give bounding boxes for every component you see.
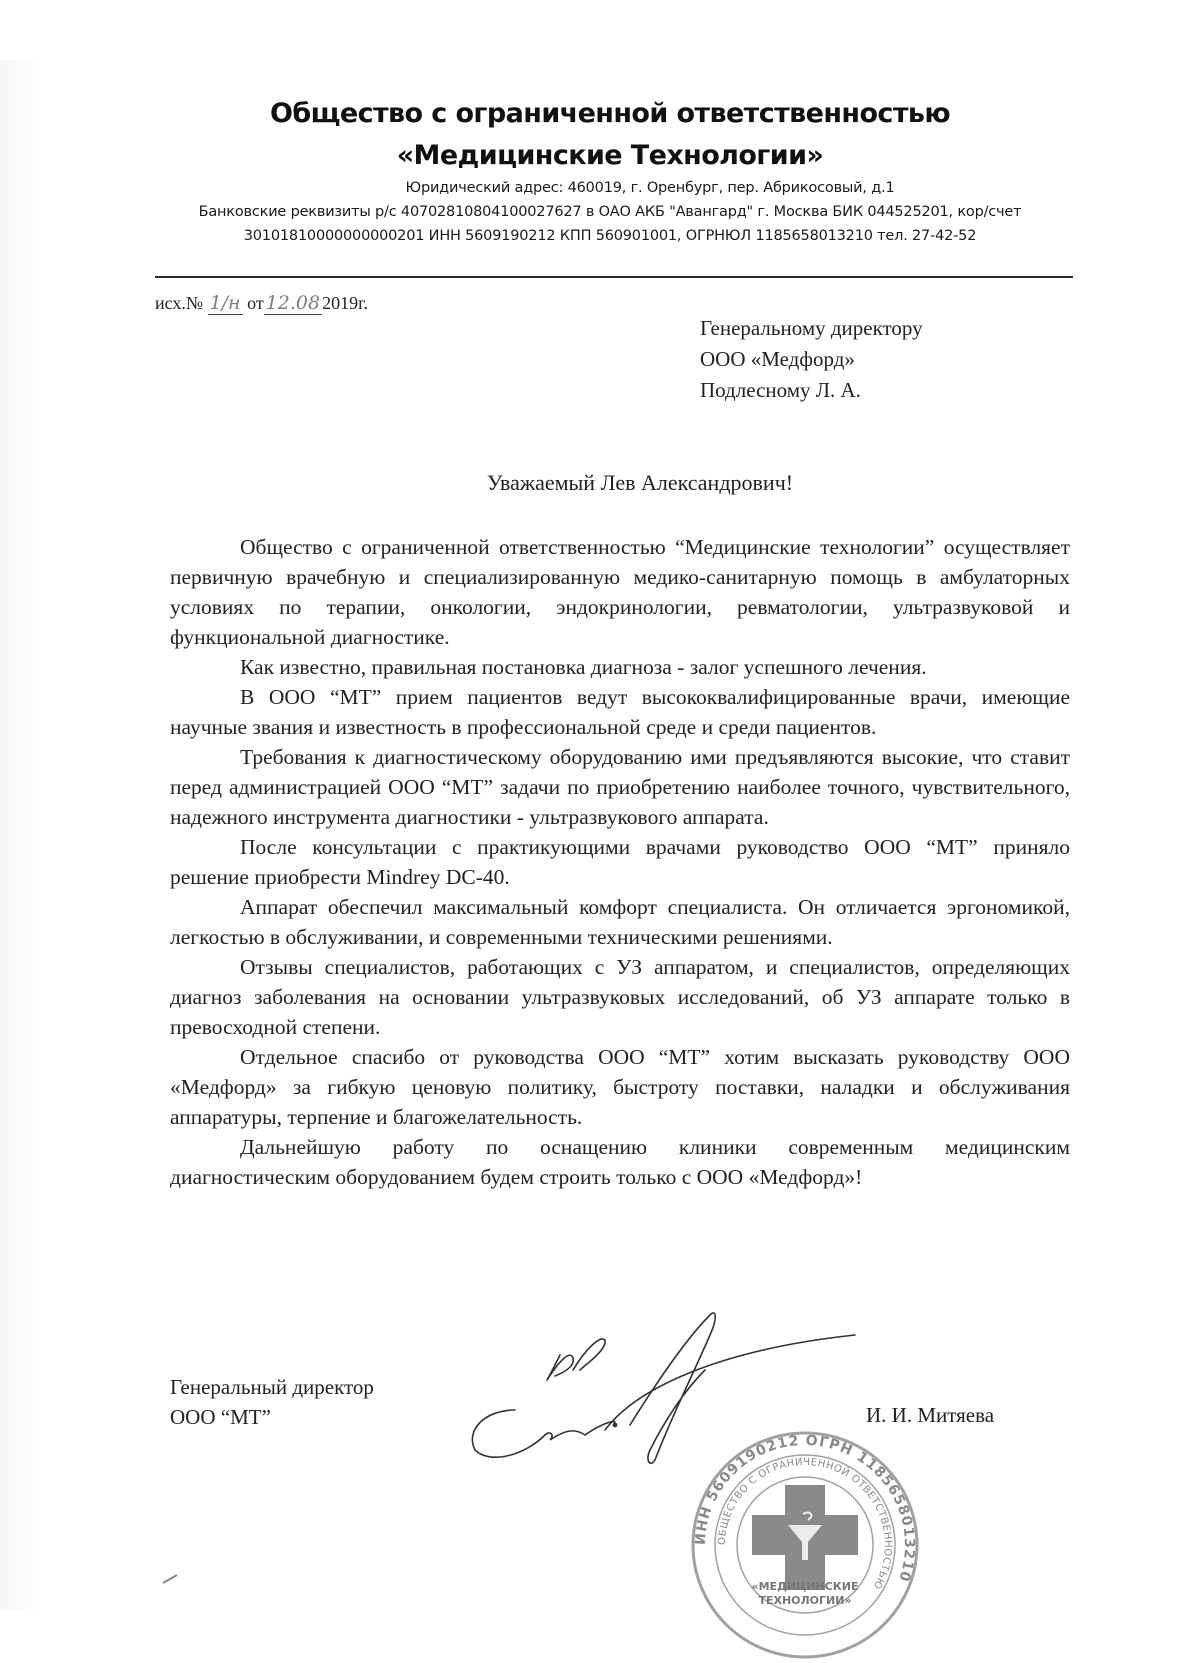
- paragraph: Отдельное спасибо от руководства ООО “МТ…: [170, 1042, 1070, 1132]
- bank-details-line2: 30101810000000000201 ИНН 5609190212 КПП …: [150, 224, 1070, 248]
- letter-body: Общество с ограниченной ответственностью…: [170, 532, 1070, 1192]
- legal-address: Юридический адрес: 460019, г. Оренбург, …: [150, 176, 1070, 200]
- outgoing-from-label: от: [247, 293, 264, 313]
- seal-center-line1: «МЕДИЦИНСКИЕ: [752, 1580, 859, 1593]
- outgoing-date: 12.08: [264, 292, 322, 315]
- addressee-name: Подлесному Л. А.: [700, 375, 923, 406]
- header-divider: [155, 276, 1073, 278]
- outgoing-prefix: исх.№: [155, 293, 203, 313]
- bank-details-line1: Банковские реквизиты р/с 407028108041000…: [150, 200, 1070, 224]
- seal-center-line2: ТЕХНОЛОГИИ»: [758, 1594, 851, 1607]
- paragraph: В ООО “МТ” прием пациентов ведут высокок…: [170, 682, 1070, 742]
- paragraph: После консультации с практикующими врача…: [170, 832, 1070, 892]
- paragraph: Требования к диагностическому оборудован…: [170, 742, 1070, 832]
- paragraph: Отзывы специалистов, работающих с УЗ апп…: [170, 952, 1070, 1042]
- signatory-role: Генеральный директор ООО “МТ”: [170, 1372, 374, 1432]
- addressee-block: Генеральному директору ООО «Медфорд» Под…: [700, 313, 923, 406]
- paragraph: Общество с ограниченной ответственностью…: [170, 532, 1070, 652]
- company-seal-icon: ИНН 5609190212 ОГРН 1185658013210 ОБЩЕСТ…: [690, 1430, 920, 1660]
- paragraph: Как известно, правильная постановка диаг…: [170, 652, 1070, 682]
- letterhead: Общество с ограниченной ответственностью…: [150, 92, 1070, 248]
- addressee-title: Генеральному директору: [700, 313, 923, 344]
- signatory-company: ООО “МТ”: [170, 1402, 374, 1432]
- letter-page: Общество с ограниченной ответственностью…: [0, 0, 1200, 1663]
- outgoing-number: 1/н: [208, 292, 243, 315]
- addressee-company: ООО «Медфорд»: [700, 344, 923, 375]
- org-name-line1: Общество с ограниченной ответственностью: [150, 92, 1070, 136]
- greeting: Уважаемый Лев Александрович!: [150, 470, 1070, 496]
- paragraph: Аппарат обеспечил максимальный комфорт с…: [170, 892, 1070, 952]
- scan-shadow: [0, 60, 40, 1610]
- outgoing-reference: исх.№ 1/н от12.082019г.: [155, 292, 368, 315]
- scan-artifact: [163, 1574, 178, 1584]
- org-name-line2: «Медицинские Технологии»: [150, 136, 1070, 176]
- paragraph: Дальнейшую работу по оснащению клиники с…: [170, 1132, 1070, 1192]
- signatory-title: Генеральный директор: [170, 1372, 374, 1402]
- signatory-name: И. И. Митяева: [866, 1403, 994, 1428]
- outgoing-year: 2019г.: [322, 293, 368, 313]
